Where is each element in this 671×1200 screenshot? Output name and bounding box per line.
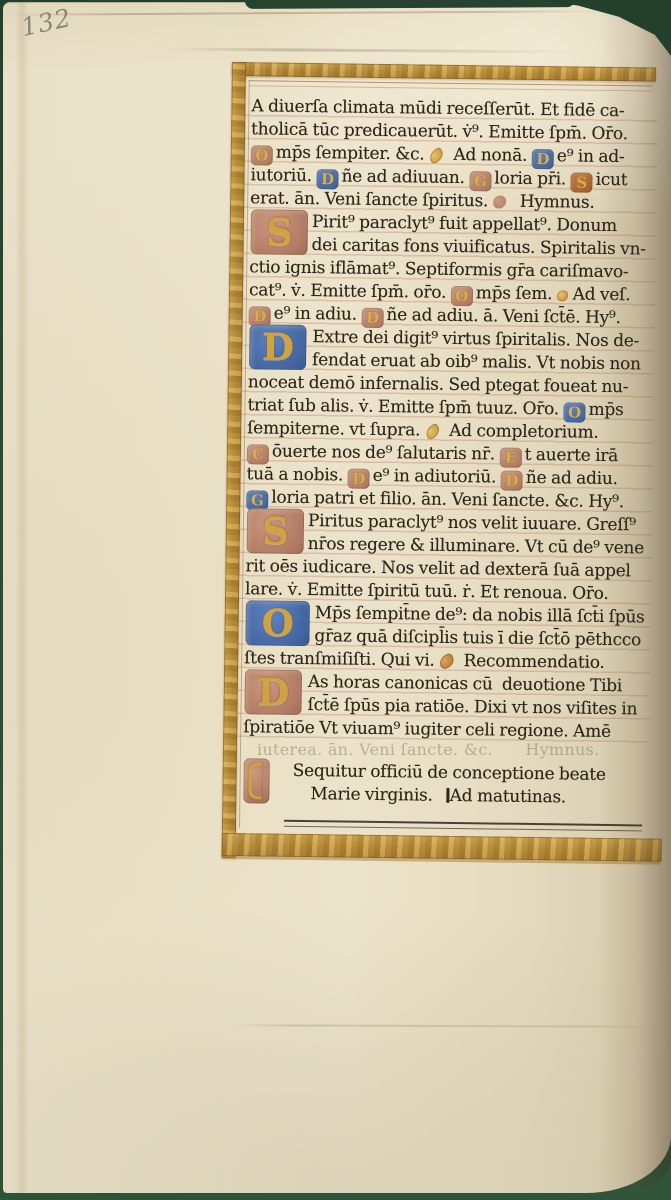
- text-run: Sequitur officiū de conceptione beate: [293, 761, 606, 785]
- text-run: e⁹ in adiu.: [274, 304, 362, 325]
- text-run: Pirit⁹ paraclyt⁹ fuit appellat⁹. Donum: [312, 212, 617, 236]
- text-run: Hymnus.: [506, 192, 595, 213]
- text-run: cat⁹. v̇. Emitte ſpm̄. or̄o.: [249, 280, 451, 303]
- text-run: loria patri et filio. ān. Veni ſancte. &…: [271, 488, 624, 513]
- text-run: Piritus paraclyt⁹ nos velit iuuare. Greſ…: [308, 511, 636, 535]
- text-run: e⁹ in adiutoriū.: [373, 466, 501, 488]
- text-run: ctio ignis iflāmat⁹. Septiformis gr̄a ca…: [249, 257, 628, 282]
- text-run: gr̄az quā diſcipl̄is tuis ī die ſct̄ō pē…: [314, 626, 641, 650]
- small-initial-S: S: [570, 172, 592, 192]
- text-run: ſempiterne. vt ſupra.: [247, 418, 425, 440]
- small-initial-O: O: [451, 286, 473, 306]
- gold-border-top: [232, 62, 656, 82]
- text-run: ſtes tranſmiſiſti. Qui vi.: [244, 648, 439, 671]
- show-through-text: iuterea. ān. Veni ſancte. &c. Hymnus.: [257, 740, 657, 759]
- paraph-mark: [493, 195, 506, 208]
- horizontal-crease: [231, 1024, 653, 1027]
- text-run: Ad completorium.: [440, 421, 599, 443]
- small-initial-O: O: [563, 402, 585, 422]
- small-initial-O: O: [251, 145, 273, 165]
- text-run: rit oēs iudicare. Nos velit ad dexterā ſ…: [245, 556, 631, 581]
- small-initial-D: D: [316, 169, 338, 189]
- text-run: ſct̄ē ſpūs pia ratiōe. Dixi vt nos viſit…: [307, 695, 637, 719]
- text-run: ñe ad adiu. ā. Veni ſct̄ē. Hy⁹.: [386, 305, 620, 328]
- text-run: ōuerte nos de⁹ ſalutaris nr̄.: [272, 442, 500, 465]
- page-fold-shading: [15, 2, 29, 1193]
- small-initial-G: G: [469, 171, 491, 191]
- small-initial-D: D: [532, 149, 554, 169]
- small-initial-D: D: [501, 471, 523, 491]
- paraph-mark: [557, 290, 568, 301]
- text-block: A diuerſa climata mūdi receſſerūt. Et fi…: [242, 95, 659, 810]
- text-run: Ad nonā.: [444, 145, 532, 166]
- text-run: triat ſub alis. v̇. Emitte ſpm̄ tuuz. Or…: [247, 395, 563, 419]
- photo-background: 132 A diuerſa climata mūdi receſſerūt. E…: [0, 0, 671, 1200]
- gutter-shadow: [599, 2, 671, 1193]
- small-initial-D: D: [361, 308, 383, 328]
- text-run: tholicā tūc predicauerūt. v̇⁹. Emitte ſp…: [251, 119, 628, 144]
- text-run: ñe ad adiuuan.: [341, 166, 469, 188]
- text-run: nr̄os regere & illuminare. Vt cū de⁹ ven…: [308, 534, 645, 558]
- small-initial-E: E: [499, 448, 521, 468]
- text-run: Recommendatio.: [454, 651, 605, 673]
- small-initial-C: C: [247, 444, 269, 464]
- text-run: loria pr̄i.: [494, 168, 571, 189]
- text-run: erat. ān. Veni ſancte ſpiritus.: [250, 188, 493, 211]
- text-run: Mp̄s ſempit̄ne de⁹: da nobis illā ſct̄i …: [315, 603, 645, 627]
- text-run: dei caritas fons viuificatus. Spiritalis…: [311, 235, 645, 259]
- page-top-edge: [3, 10, 603, 16]
- small-initial-D: D: [348, 469, 370, 489]
- end-of-text-rule: [284, 820, 642, 832]
- text-run: Extre dei digit⁹ virtus ſpiritalis. Nos …: [312, 327, 639, 351]
- text-run: tuā a nobis.: [246, 464, 347, 485]
- text-run: A diuerſa climata mūdi receſſerūt. Et fi…: [251, 96, 624, 121]
- text-run: mp̄s ſempiter. &c.: [276, 143, 430, 165]
- text-run: ſpiratiōe Vt viuam⁹ iugiter celi regione…: [243, 717, 611, 742]
- text-run: Marie virginis.: [310, 784, 447, 806]
- manuscript-page: 132 A diuerſa climata mūdi receſſerūt. E…: [3, 2, 671, 1193]
- text-run: fendat eruat ab oib⁹ malis. Vt nobis non: [312, 350, 641, 374]
- text-run: Ad matutinas.: [450, 786, 567, 808]
- text-run: mp̄s ſem.: [476, 283, 557, 304]
- text-run: As horas canonicas cū deuotione Tibi: [308, 672, 622, 696]
- text-line-30: Marie virginis. Ad matutinas.: [242, 782, 650, 810]
- gold-border-bottom: [222, 833, 662, 862]
- top-crease-shadow: [163, 48, 583, 54]
- text-run: iutoriū.: [250, 165, 316, 186]
- inner-rule-top: [249, 80, 653, 91]
- text-run: noceat demō infernalis. Sed ptegat fouea…: [248, 372, 629, 397]
